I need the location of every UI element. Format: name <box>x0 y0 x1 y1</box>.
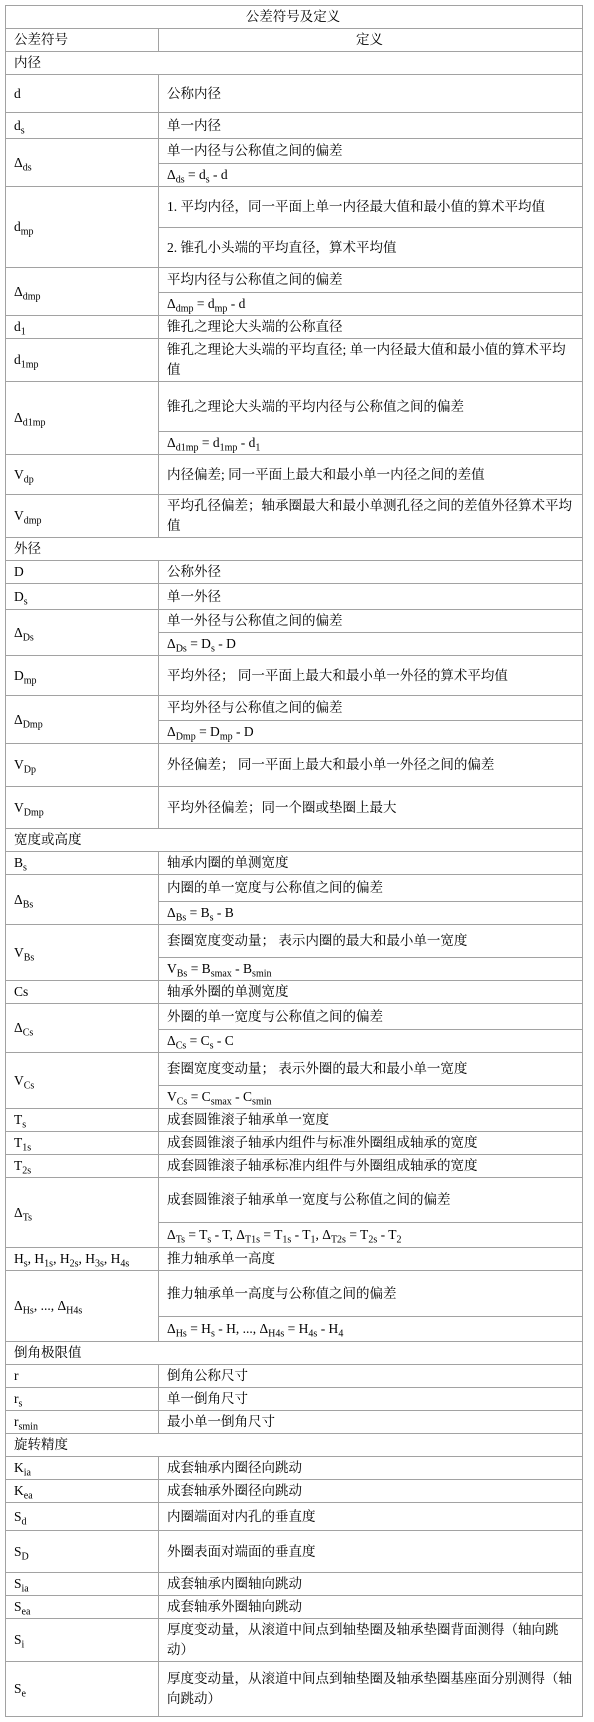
table-row: Se厚度变动量，从滚道中间点到轴垫圈及轴承垫圈基座面分别测得（轴向跳动） <box>6 1662 583 1717</box>
definition-cell: 单一外径 <box>159 584 583 610</box>
table-row: Kea成套轴承外圈径向跳动 <box>6 1480 583 1503</box>
formula-cell: VBs = Bsmax - Bsmin <box>159 958 583 981</box>
table-row: D公称外径 <box>6 561 583 584</box>
definition-cell: 公称内径 <box>159 75 583 113</box>
column-header-row: 公差符号 定义 <box>6 29 583 52</box>
table-row: Sea成套轴承外圈轴向跳动 <box>6 1596 583 1619</box>
formula-cell: VCs = Csmax - Csmin <box>159 1086 583 1109</box>
table-body: 内径d公称内径ds单一内径Δds单一内径与公称值之间的偏差Δds = ds - … <box>6 52 583 1717</box>
definition-cell: 单一外径与公称值之间的偏差 <box>159 610 583 633</box>
definition-cell: 平均孔径偏差；轴承圈最大和最小单测孔径之间的差值外径算术平均值 <box>159 495 583 538</box>
table-row: Bs轴承内圈的单测宽度 <box>6 852 583 875</box>
table-row: ΔBs内圈的单一宽度与公称值之间的偏差 <box>6 875 583 902</box>
definition-cell: 平均外径； 同一平面上最大和最小单一外径的算术平均值 <box>159 656 583 696</box>
symbol-cell: Δdmp <box>6 268 159 316</box>
formula-cell: ΔTs = Ts - T, ΔT1s = T1s - T1, ΔT2s = T2… <box>159 1223 583 1248</box>
symbol-cell: Ds <box>6 584 159 610</box>
table-title-row: 公差符号及定义 <box>6 6 583 29</box>
definition-cell: 平均外径与公称值之间的偏差 <box>159 696 583 721</box>
definition-cell: 成套圆锥滚子轴承单一宽度与公称值之间的偏差 <box>159 1178 583 1223</box>
symbol-cell: r <box>6 1365 159 1388</box>
definition-cell: 最小单一倒角尺寸 <box>159 1411 583 1434</box>
table-row: Kia成套轴承内圈径向跳动 <box>6 1457 583 1480</box>
definition-cell: 1. 平均内径，同一平面上单一内径最大值和最小值的算术平均值 <box>159 187 583 228</box>
section-row: 外径 <box>6 538 583 561</box>
symbol-cell: rsmin <box>6 1411 159 1434</box>
definition-cell: 成套圆锥滚子轴承内组件与标准外圈组成轴承的宽度 <box>159 1132 583 1155</box>
definition-cell: 内圈端面对内孔的垂直度 <box>159 1503 583 1531</box>
symbol-cell: ΔBs <box>6 875 159 925</box>
table-row: d1mp锥孔之理论大头端的平均直径; 单一内径最大值和最小值的算术平均值 <box>6 339 583 382</box>
symbol-cell: ΔDs <box>6 610 159 656</box>
table-row: Hs, H1s, H2s, H3s, H4s推力轴承单一高度 <box>6 1248 583 1271</box>
symbol-cell: Δds <box>6 139 159 187</box>
definition-cell: 单一内径 <box>159 113 583 139</box>
symbol-cell: Vdp <box>6 455 159 495</box>
definition-cell: 套圈宽度变动量； 表示外圈的最大和最小单一宽度 <box>159 1053 583 1086</box>
table-row: VBs套圈宽度变动量； 表示内圈的最大和最小单一宽度 <box>6 925 583 958</box>
definition-cell: 轴承外圈的单测宽度 <box>159 981 583 1004</box>
symbol-cell: VBs <box>6 925 159 981</box>
symbol-cell: Δd1mp <box>6 382 159 455</box>
symbol-cell: Dmp <box>6 656 159 696</box>
table-row: T2s成套圆锥滚子轴承标准内组件与外圈组成轴承的宽度 <box>6 1155 583 1178</box>
formula-cell: Δdmp = dmp - d <box>159 293 583 316</box>
definition-cell: 成套轴承内圈轴向跳动 <box>159 1573 583 1596</box>
definition-cell: 成套轴承内圈径向跳动 <box>159 1457 583 1480</box>
table-row: ΔDmp平均外径与公称值之间的偏差 <box>6 696 583 721</box>
symbol-cell: Kia <box>6 1457 159 1480</box>
table-row: ΔHs, ..., ΔH4s推力轴承单一高度与公称值之间的偏差 <box>6 1271 583 1317</box>
table-row: Δds单一内径与公称值之间的偏差 <box>6 139 583 164</box>
symbol-cell: D <box>6 561 159 584</box>
symbol-cell: ΔDmp <box>6 696 159 744</box>
symbol-cell: VDp <box>6 744 159 787</box>
table-row: Vdp内径偏差; 同一平面上最大和最小单一内径之间的差值 <box>6 455 583 495</box>
definition-cell: 成套轴承外圈轴向跳动 <box>159 1596 583 1619</box>
definition-cell: 锥孔之理论大头端的平均内径与公称值之间的偏差 <box>159 382 583 432</box>
definition-cell: 套圈宽度变动量； 表示内圈的最大和最小单一宽度 <box>159 925 583 958</box>
symbol-cell: rs <box>6 1388 159 1411</box>
table-row: T1s成套圆锥滚子轴承内组件与标准外圈组成轴承的宽度 <box>6 1132 583 1155</box>
symbol-cell: Sea <box>6 1596 159 1619</box>
table-row: Sd内圈端面对内孔的垂直度 <box>6 1503 583 1531</box>
table-row: ΔTs成套圆锥滚子轴承单一宽度与公称值之间的偏差 <box>6 1178 583 1223</box>
formula-cell: Δd1mp = d1mp - d1 <box>159 432 583 455</box>
section-row: 内径 <box>6 52 583 75</box>
table-row: rs单一倒角尺寸 <box>6 1388 583 1411</box>
definition-cell: 单一倒角尺寸 <box>159 1388 583 1411</box>
formula-cell: ΔBs = Bs - B <box>159 902 583 925</box>
definition-cell: 外圈表面对端面的垂直度 <box>159 1531 583 1573</box>
formula-cell: ΔCs = Cs - C <box>159 1030 583 1053</box>
symbol-cell: Hs, H1s, H2s, H3s, H4s <box>6 1248 159 1271</box>
definition-cell: 锥孔之理论大头端的平均直径; 单一内径最大值和最小值的算术平均值 <box>159 339 583 382</box>
definition-cell: 锥孔之理论大头端的公称直径 <box>159 316 583 339</box>
section-row: 宽度或高度 <box>6 829 583 852</box>
symbol-cell: ΔCs <box>6 1004 159 1053</box>
page: 公差符号及定义 公差符号 定义 内径d公称内径ds单一内径Δds单一内径与公称值… <box>0 0 594 1722</box>
symbol-cell: ΔTs <box>6 1178 159 1248</box>
table-row: Ts成套圆锥滚子轴承单一宽度 <box>6 1109 583 1132</box>
definition-cell: 成套轴承外圈径向跳动 <box>159 1480 583 1503</box>
symbol-cell: Sd <box>6 1503 159 1531</box>
definition-cell: 公称外径 <box>159 561 583 584</box>
symbol-cell: d1 <box>6 316 159 339</box>
symbol-cell: ds <box>6 113 159 139</box>
definition-cell: 倒角公称尺寸 <box>159 1365 583 1388</box>
symbol-cell: Si <box>6 1619 159 1662</box>
table-row: Dmp平均外径； 同一平面上最大和最小单一外径的算术平均值 <box>6 656 583 696</box>
formula-cell: ΔHs = Hs - H, ..., ΔH4s = H4s - H4 <box>159 1317 583 1342</box>
section-header: 倒角极限值 <box>6 1342 583 1365</box>
table-row: d公称内径 <box>6 75 583 113</box>
formula-cell: ΔDs = Ds - D <box>159 633 583 656</box>
symbol-cell: Se <box>6 1662 159 1717</box>
section-row: 旋转精度 <box>6 1434 583 1457</box>
table-row: VDmp平均外径偏差；同一个圈或垫圈上最大 <box>6 787 583 829</box>
section-header: 宽度或高度 <box>6 829 583 852</box>
table-row: dmp1. 平均内径，同一平面上单一内径最大值和最小值的算术平均值 <box>6 187 583 228</box>
definition-cell: 内圈的单一宽度与公称值之间的偏差 <box>159 875 583 902</box>
table-row: Si厚度变动量，从滚道中间点到轴垫圈及轴承垫圈背面测得（轴向跳动） <box>6 1619 583 1662</box>
symbol-cell: Ts <box>6 1109 159 1132</box>
symbol-cell: d1mp <box>6 339 159 382</box>
table-row: ds单一内径 <box>6 113 583 139</box>
definition-cell: 单一内径与公称值之间的偏差 <box>159 139 583 164</box>
table-row: rsmin最小单一倒角尺寸 <box>6 1411 583 1434</box>
symbol-cell: Kea <box>6 1480 159 1503</box>
table-row: Sia成套轴承内圈轴向跳动 <box>6 1573 583 1596</box>
table-row: VDp外径偏差； 同一平面上最大和最小单一外径之间的偏差 <box>6 744 583 787</box>
table-row: Ds单一外径 <box>6 584 583 610</box>
formula-cell: Δds = ds - d <box>159 164 583 187</box>
table-row: d1锥孔之理论大头端的公称直径 <box>6 316 583 339</box>
formula-cell: ΔDmp = Dmp - D <box>159 721 583 744</box>
symbol-cell: T1s <box>6 1132 159 1155</box>
definition-cell: 外圈的单一宽度与公称值之间的偏差 <box>159 1004 583 1030</box>
definition-cell: 内径偏差; 同一平面上最大和最小单一内径之间的差值 <box>159 455 583 495</box>
table-row: Vdmp平均孔径偏差；轴承圈最大和最小单测孔径之间的差值外径算术平均值 <box>6 495 583 538</box>
symbol-cell: Bs <box>6 852 159 875</box>
table-row: VCs套圈宽度变动量； 表示外圈的最大和最小单一宽度 <box>6 1053 583 1086</box>
section-row: 倒角极限值 <box>6 1342 583 1365</box>
definition-cell: 外径偏差； 同一平面上最大和最小单一外径之间的偏差 <box>159 744 583 787</box>
definition-cell: 推力轴承单一高度与公称值之间的偏差 <box>159 1271 583 1317</box>
table-row: SD外圈表面对端面的垂直度 <box>6 1531 583 1573</box>
table-row: r倒角公称尺寸 <box>6 1365 583 1388</box>
table-row: Δdmp平均内径与公称值之间的偏差 <box>6 268 583 293</box>
column-header-symbol: 公差符号 <box>6 29 159 52</box>
definition-cell: 厚度变动量，从滚道中间点到轴垫圈及轴承垫圈背面测得（轴向跳动） <box>159 1619 583 1662</box>
section-header: 外径 <box>6 538 583 561</box>
symbol-cell: T2s <box>6 1155 159 1178</box>
table-title: 公差符号及定义 <box>6 6 583 29</box>
symbol-cell: VDmp <box>6 787 159 829</box>
symbol-cell: Vdmp <box>6 495 159 538</box>
section-header: 旋转精度 <box>6 1434 583 1457</box>
definition-cell: 2. 锥孔小头端的平均直径，算术平均值 <box>159 228 583 268</box>
tolerance-symbols-table: 公差符号及定义 公差符号 定义 内径d公称内径ds单一内径Δds单一内径与公称值… <box>5 5 583 1717</box>
table-row: ΔCs外圈的单一宽度与公称值之间的偏差 <box>6 1004 583 1030</box>
definition-cell: 成套圆锥滚子轴承标准内组件与外圈组成轴承的宽度 <box>159 1155 583 1178</box>
symbol-cell: Cs <box>6 981 159 1004</box>
table-row: ΔDs单一外径与公称值之间的偏差 <box>6 610 583 633</box>
table-row: Cs轴承外圈的单测宽度 <box>6 981 583 1004</box>
definition-cell: 厚度变动量，从滚道中间点到轴垫圈及轴承垫圈基座面分别测得（轴向跳动） <box>159 1662 583 1717</box>
definition-cell: 成套圆锥滚子轴承单一宽度 <box>159 1109 583 1132</box>
section-header: 内径 <box>6 52 583 75</box>
symbol-cell: VCs <box>6 1053 159 1109</box>
table-row: Δd1mp锥孔之理论大头端的平均内径与公称值之间的偏差 <box>6 382 583 432</box>
column-header-definition: 定义 <box>159 29 583 52</box>
definition-cell: 轴承内圈的单测宽度 <box>159 852 583 875</box>
definition-cell: 推力轴承单一高度 <box>159 1248 583 1271</box>
symbol-cell: SD <box>6 1531 159 1573</box>
definition-cell: 平均内径与公称值之间的偏差 <box>159 268 583 293</box>
symbol-cell: Sia <box>6 1573 159 1596</box>
symbol-cell: d <box>6 75 159 113</box>
symbol-cell: dmp <box>6 187 159 268</box>
definition-cell: 平均外径偏差；同一个圈或垫圈上最大 <box>159 787 583 829</box>
symbol-cell: ΔHs, ..., ΔH4s <box>6 1271 159 1342</box>
